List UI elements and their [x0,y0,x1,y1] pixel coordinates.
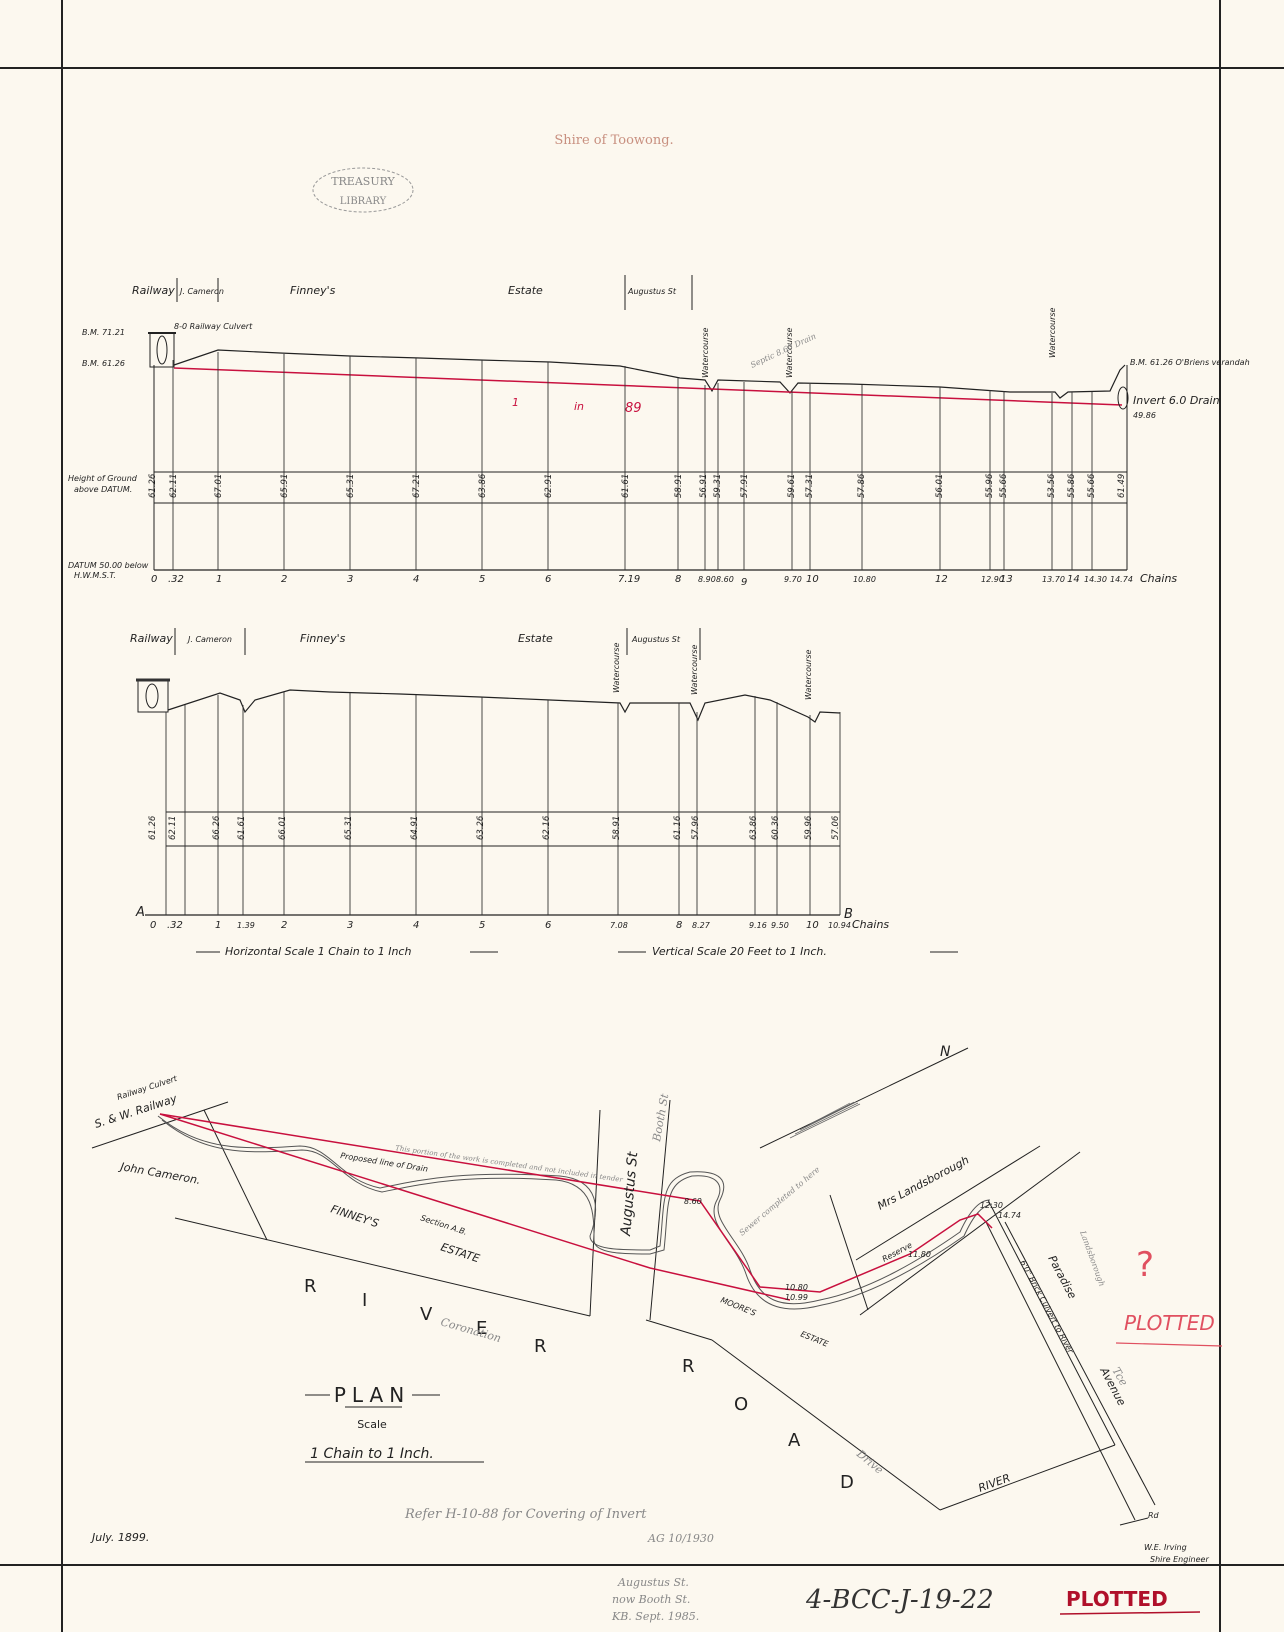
longitudinal-section-1: Railway J. Cameron Finney's Estate Augus… [68,275,1250,588]
svg-text:10.80: 10.80 [853,575,876,584]
svg-text:62.16: 62.16 [542,815,552,840]
watercourse-3: Watercourse [1048,307,1057,358]
plan-paradise: Paradise [1045,1253,1079,1301]
svg-text:65.31: 65.31 [346,474,356,498]
site-plan: Railway Culvert S. & W. Railway John Cam… [92,1044,1160,1525]
plan-landsborough: Mrs Landsborough [875,1153,971,1212]
svg-text:61.49: 61.49 [1117,474,1127,498]
svg-text:55.96: 55.96 [985,473,995,498]
svg-text:58.91: 58.91 [674,474,684,498]
svg-text:Augustus St.: Augustus St. [617,1576,689,1589]
svg-text:55.66: 55.66 [1087,473,1097,498]
svg-text:60.36: 60.36 [771,815,781,840]
svg-text:O: O [734,1394,748,1415]
question-mark: ? [1136,1245,1154,1285]
svg-text:TREASURY: TREASURY [331,175,395,188]
svg-text:57.91: 57.91 [740,474,750,498]
label-railway: Railway [132,284,175,297]
svg-text:66.26: 66.26 [212,815,222,840]
svg-text:9: 9 [741,577,747,588]
svg-text:Finney's: Finney's [300,632,346,645]
svg-text:13.70: 13.70 [1042,575,1065,584]
label-augustus-st: Augustus St [627,287,677,296]
svg-text:59.96: 59.96 [804,815,814,840]
culvert-label: 8-0 Railway Culvert [174,322,253,331]
grade-in: in [574,400,584,413]
svg-text:14.74: 14.74 [998,1211,1021,1220]
drawing-canvas: Shire of Toowong. TREASURY LIBRARY Railw… [0,0,1284,1632]
svg-text:0: 0 [150,920,156,931]
svg-text:59.61: 59.61 [787,474,797,498]
plan-john-cameron: John Cameron. [118,1160,202,1187]
svg-text:65.31: 65.31 [344,816,354,840]
svg-text:57.86: 57.86 [857,473,867,498]
chains-label: Chains [1140,572,1177,585]
section1-heights: 61.26 62.11 67.01 65.91 65.31 67.21 63.8… [148,473,1127,498]
svg-text:12.30: 12.30 [980,1201,1003,1210]
svg-text:14: 14 [1067,574,1080,585]
height-label-1: Height of Ground [68,474,138,483]
svg-text:7.19: 7.19 [618,574,640,585]
svg-text:13: 13 [1000,574,1013,585]
svg-text:5: 5 [479,920,485,931]
label-finneys: Finney's [290,284,336,297]
pencil-note-septic: Septic 8.60 Drain [749,332,817,370]
svg-text:12: 12 [935,574,948,585]
invert-label: Invert 6.0 Drain [1133,394,1220,407]
engineer-title: Shire Engineer [1150,1555,1209,1564]
svg-text:10.99: 10.99 [785,1293,808,1302]
vertical-scale: Vertical Scale 20 Feet to 1 Inch. [652,945,827,958]
svg-text:.32: .32 [168,574,184,585]
plotted-stamp: PLOTTED [1066,1587,1168,1611]
label-j-cameron: J. Cameron [178,287,224,296]
svg-text:56.91: 56.91 [699,474,709,498]
svg-text:4: 4 [413,920,419,931]
svg-text:9.50: 9.50 [771,921,789,930]
svg-text:1.39: 1.39 [237,921,255,930]
svg-text:67.01: 67.01 [214,474,224,498]
svg-text:1: 1 [216,574,222,585]
svg-text:4: 4 [413,574,419,585]
svg-text:8.90: 8.90 [698,575,716,584]
plan-augustus-st: Augustus St [618,1151,641,1238]
svg-text:14.30: 14.30 [1084,575,1107,584]
svg-text:57.31: 57.31 [805,474,815,498]
svg-text:10: 10 [806,920,819,931]
plan-moores: MOORE'S [719,1296,757,1318]
svg-text:7.08: 7.08 [610,921,628,930]
svg-text:57.06: 57.06 [831,815,841,840]
svg-text:J. Cameron: J. Cameron [186,635,232,644]
height-label-2: above DATUM. [74,485,132,494]
svg-text:9.16: 9.16 [749,921,767,930]
svg-text:Watercourse: Watercourse [690,644,699,695]
section1-chainages: 0 .32 1 2 3 4 5 6 7.19 8 8.90 8.60 9 9.7… [151,572,1177,588]
svg-text:65.91: 65.91 [280,474,290,498]
point-a: A [135,905,145,920]
plan-scale-value: 1 Chain to 1 Inch. [310,1446,434,1462]
plan-scale-label: Scale [357,1418,387,1431]
svg-text:61.26: 61.26 [148,815,158,840]
svg-text:55.86: 55.86 [1067,473,1077,498]
plan-moores-estate: ESTATE [799,1330,830,1350]
svg-text:53.56: 53.56 [1047,473,1057,498]
svg-text:R: R [304,1276,317,1297]
svg-text:58.91: 58.91 [612,816,622,840]
svg-text:62.11: 62.11 [168,816,178,840]
svg-text:8.27: 8.27 [692,921,711,930]
svg-text:Watercourse: Watercourse [804,649,813,700]
svg-text:61.16: 61.16 [673,815,683,840]
svg-text:LIBRARY: LIBRARY [340,196,387,207]
pencil-coronation: Coronation [439,1315,502,1345]
svg-text:61.26: 61.26 [148,473,158,498]
svg-text:61.61: 61.61 [237,816,247,840]
svg-text:I: I [362,1290,367,1311]
drawing-date: July. 1899. [90,1531,149,1544]
svg-text:D: D [840,1472,854,1493]
svg-text:8.60: 8.60 [716,575,734,584]
svg-text:2: 2 [281,920,287,931]
svg-text:11.80: 11.80 [908,1250,931,1259]
plan-river-bottom: RIVER [977,1471,1012,1495]
svg-text:67.21: 67.21 [412,474,422,498]
svg-text:8: 8 [676,920,682,931]
svg-text:63.86: 63.86 [749,815,759,840]
svg-text:62.91: 62.91 [544,474,554,498]
grade-89: 89 [625,401,642,416]
svg-text:14.74: 14.74 [1110,575,1133,584]
svg-text:63.26: 63.26 [476,815,486,840]
longitudinal-section-2: Railway J. Cameron Finney's Estate Augus… [130,628,889,931]
north-arrow: N [940,1044,951,1060]
svg-text:KB. Sept. 1985.: KB. Sept. 1985. [611,1610,699,1623]
svg-text:10.80: 10.80 [785,1283,808,1292]
sheet-border [0,0,1284,1632]
plan-finneys-estate: ESTATE [439,1240,481,1265]
svg-text:R: R [682,1356,695,1377]
svg-text:64.91: 64.91 [410,816,420,840]
svg-text:59.31: 59.31 [713,474,723,498]
svg-text:R: R [534,1336,547,1357]
svg-text:2: 2 [281,574,287,585]
watercourse-1: Watercourse [701,327,710,378]
svg-text:Chains: Chains [852,918,889,931]
svg-text:Augustus St: Augustus St [631,635,681,644]
svg-text:.32: .32 [167,920,183,931]
svg-text:now Booth St.: now Booth St. [612,1593,690,1606]
horizontal-scale: Horizontal Scale 1 Chain to 1 Inch [225,945,411,958]
svg-text:A: A [788,1430,801,1451]
plotted-pencil: PLOTTED [1124,1311,1215,1335]
footer-annotations: July. 1899. Refer H-10-88 for Covering o… [90,1245,1222,1623]
shire-title: Shire of Toowong. [554,133,673,148]
svg-text:6: 6 [545,920,551,931]
svg-text:10.94: 10.94 [828,921,851,930]
svg-text:0: 0 [151,574,157,585]
datum-label-1: DATUM 50.00 below [68,561,149,570]
initials: AG 10/1930 [647,1532,714,1545]
plan-sw-railway: S. & W. Railway [93,1092,179,1131]
svg-text:61.61: 61.61 [621,474,631,498]
scale-notes: Horizontal Scale 1 Chain to 1 Inch Verti… [196,945,958,958]
svg-text:Railway: Railway [130,632,173,645]
plan-title: PLAN [334,1383,410,1407]
bm-low: B.M. 61.26 [82,359,125,368]
section2-chainages: A 0 .32 1 1.39 2 3 4 5 6 7.08 8 8.27 9.1… [135,905,889,931]
label-estate: Estate [508,284,543,297]
engineer-name: W.E. Irving [1144,1543,1187,1552]
bm-top: B.M. 71.21 [82,328,125,337]
svg-text:3: 3 [347,920,353,931]
plan-rd: Rd [1148,1511,1160,1520]
reference-number: 4-BCC-J-19-22 [805,1585,994,1615]
bm-right: B.M. 61.26 O'Briens verandah [1130,358,1250,367]
svg-text:56.01: 56.01 [935,474,945,498]
svg-text:8.60: 8.60 [684,1197,702,1206]
datum-label-2: H.W.M.S.T. [74,571,116,580]
svg-text:62.11: 62.11 [169,474,179,498]
svg-text:3: 3 [347,574,353,585]
svg-text:Watercourse: Watercourse [612,642,621,693]
svg-text:9.70: 9.70 [784,575,802,584]
svg-text:10: 10 [806,574,819,585]
plan-section-ab: Section A.B. [419,1213,468,1237]
pencil-landsborough: Landsborough [1078,1229,1107,1288]
plan-finneys: FINNEY'S [329,1202,380,1230]
refer-note: Refer H-10-88 for Covering of Invert [404,1507,647,1522]
svg-text:V: V [420,1304,433,1325]
pencil-drive: Drive [853,1447,886,1477]
svg-text:63.86: 63.86 [478,473,488,498]
survey-drawing-sheet: Shire of Toowong. TREASURY LIBRARY Railw… [0,0,1284,1632]
pencil-sewer: Sewer completed to here [738,1165,822,1238]
invert-value: 49.86 [1133,411,1156,420]
svg-text:66.01: 66.01 [278,816,288,840]
svg-text:8: 8 [675,574,681,585]
svg-text:5: 5 [479,574,485,585]
svg-text:55.66: 55.66 [999,473,1009,498]
treasury-library-stamp: TREASURY LIBRARY [313,168,413,212]
grade-1: 1 [512,396,519,409]
svg-text:Estate: Estate [518,632,553,645]
svg-text:57.96: 57.96 [691,815,701,840]
section2-heights: 61.26 62.11 66.26 61.61 66.01 65.31 64.9… [148,815,841,840]
svg-text:1: 1 [215,920,221,931]
svg-text:6: 6 [545,574,551,585]
